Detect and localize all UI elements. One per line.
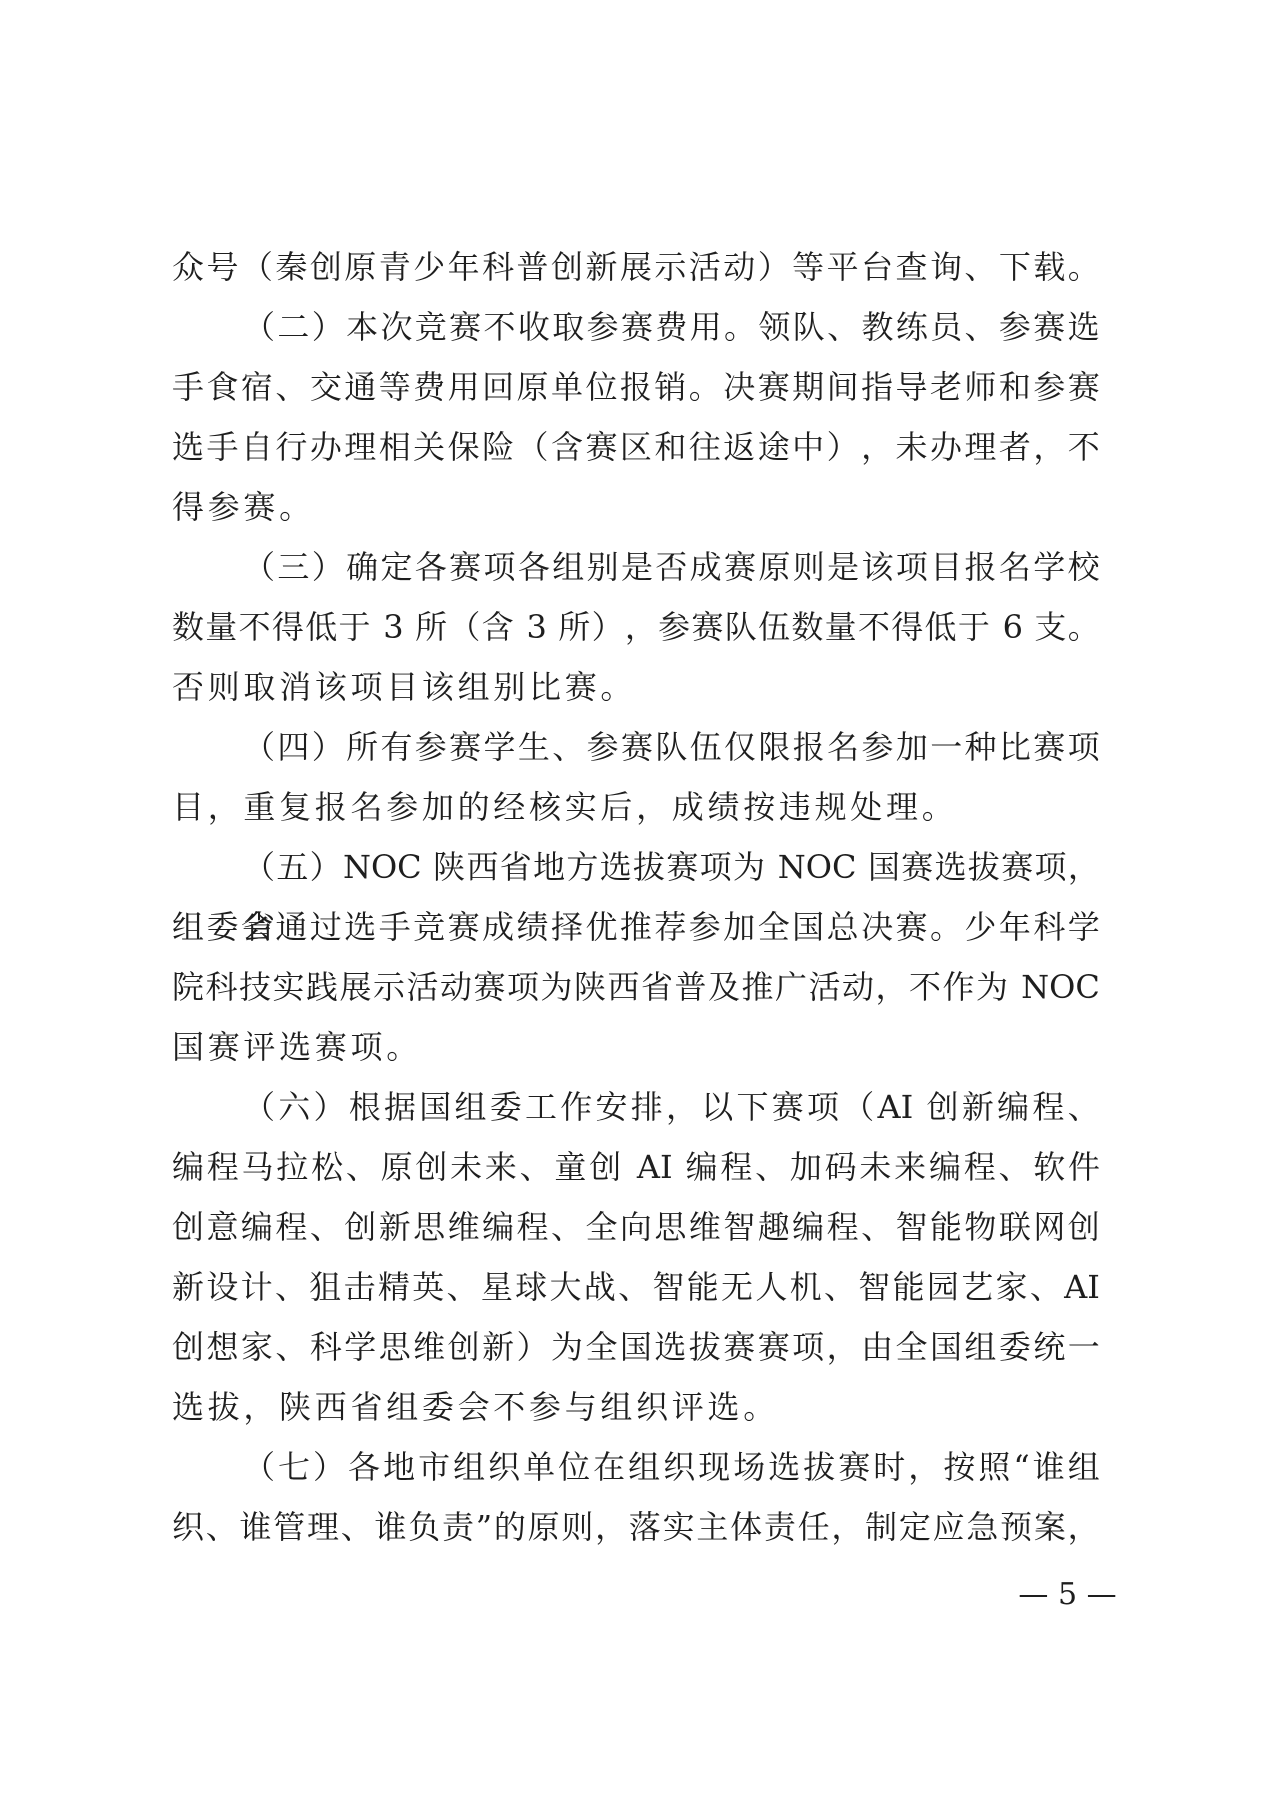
text-line-8: 否则取消该项目该组别比赛。 [172,657,1100,717]
text-line-10: 目，重复报名参加的经核实后，成绩按违规处理。 [172,777,1100,837]
text-line-5: 得参赛。 [172,477,1100,537]
text-line-22: 织​、​谁​管​理​、​谁​负​责​”​的​原​则​，​落​实​主​体​责​任​… [172,1497,1100,1557]
text-line-4: 选​手​自​行​办​理​相​关​保​险​（​含​赛​区​和​往​返​途​中​）​… [172,417,1100,477]
text-line-9: （​四​）​所​有​参​赛​学​生​、​参​赛​队​伍​仅​限​报​名​参​加​… [243,717,1100,777]
text-line-16: 编​程​马​拉​松​、​原​创​未​来​、​童​创​ ​A​I​ ​编​程​、​… [172,1137,1100,1197]
text-line-20: 选拔，陕西省组委会不参与组织评选。 [172,1377,1100,1437]
text-line-14: 国赛评选赛项。 [172,1017,1100,1077]
text-line-17: 创​意​编​程​、​创​新​思​维​编​程​、​全​向​思​维​智​趣​编​程​… [172,1197,1100,1257]
text-line-21: （​七​）​各​地​市​组​织​单​位​在​组​织​现​场​选​拔​赛​时​，​… [243,1437,1100,1497]
text-line-18: 新​设​计​、​狙​击​精​英​、​星​球​大​战​、​智​能​无​人​机​、​… [172,1257,1100,1317]
text-line-15: （​六​）​根​据​国​组​委​工​作​安​排​，​以​下​赛​项​（​A​I​… [243,1077,1100,1137]
page-number: — 5 — [1010,1575,1125,1615]
text-line-12: 组​委​会​通​过​选​手​竞​赛​成​绩​择​优​推​荐​参​加​全​国​总​… [172,897,1100,957]
text-line-7: 数​量​不​得​低​于​ ​3​ ​所​（​含​ ​3​ ​所​）​，​参​赛​… [172,597,1100,657]
document-page: 众​号​（​秦​创​原​青​少​年​科​普​创​新​展​示​活​动​）​等​平​… [0,0,1280,1809]
text-line-2: （​二​）​本​次​竞​赛​不​收​取​参​赛​费​用​。​领​队​、​教​练​… [243,297,1100,357]
text-line-13: 院​科​技​实​践​展​示​活​动​赛​项​为​陕​西​省​普​及​推​广​活​… [172,957,1100,1017]
text-line-6: （​三​）​确​定​各​赛​项​各​组​别​是​否​成​赛​原​则​是​该​项​… [243,537,1100,597]
text-line-19: 创​想​家​、​科​学​思​维​创​新​）​为​全​国​选​拔​赛​赛​项​，​… [172,1317,1100,1377]
text-line-3: 手​食​宿​、​交​通​等​费​用​回​原​单​位​报​销​。​决​赛​期​间​… [172,357,1100,417]
text-line-1: 众​号​（​秦​创​原​青​少​年​科​普​创​新​展​示​活​动​）​等​平​… [172,237,1100,297]
text-line-11: （​五​）​N​O​C​ ​陕​西​省​地​方​选​拔​赛​项​为​ ​N​O​… [243,837,1100,897]
